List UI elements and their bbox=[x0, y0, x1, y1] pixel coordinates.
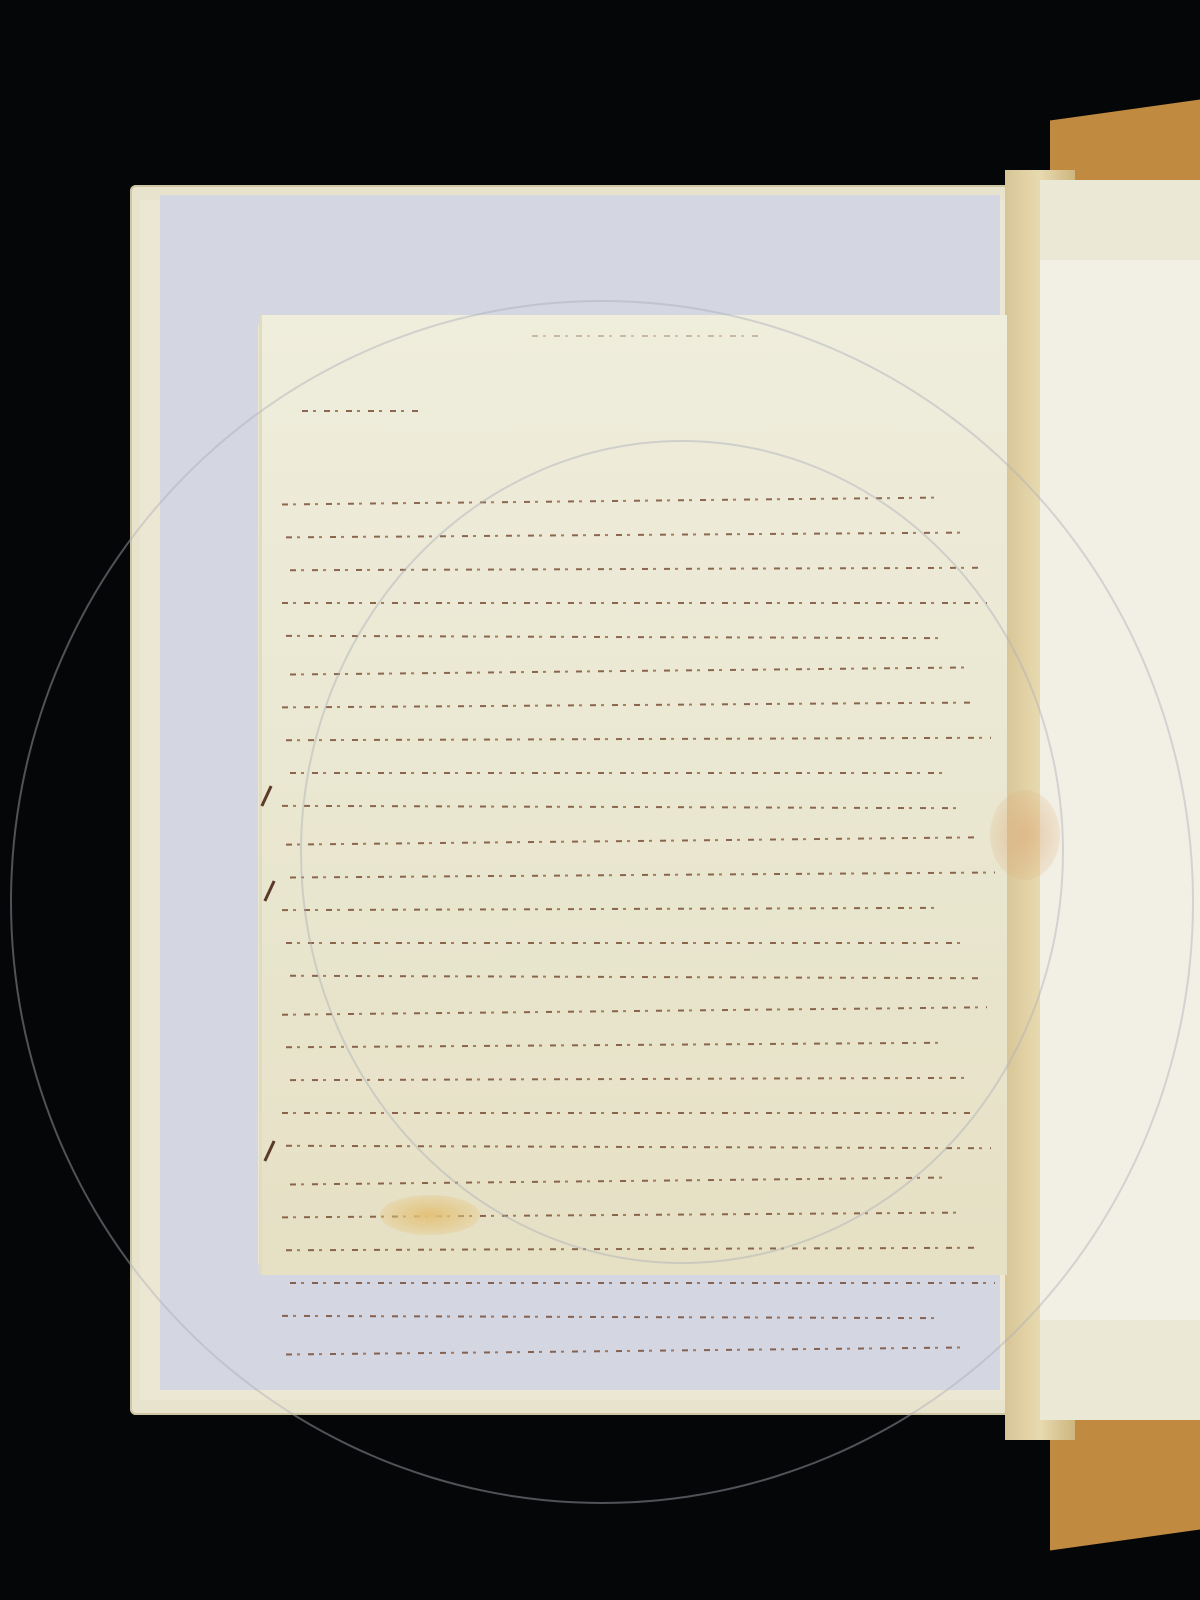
watermark-inner-circle bbox=[300, 440, 1064, 1264]
